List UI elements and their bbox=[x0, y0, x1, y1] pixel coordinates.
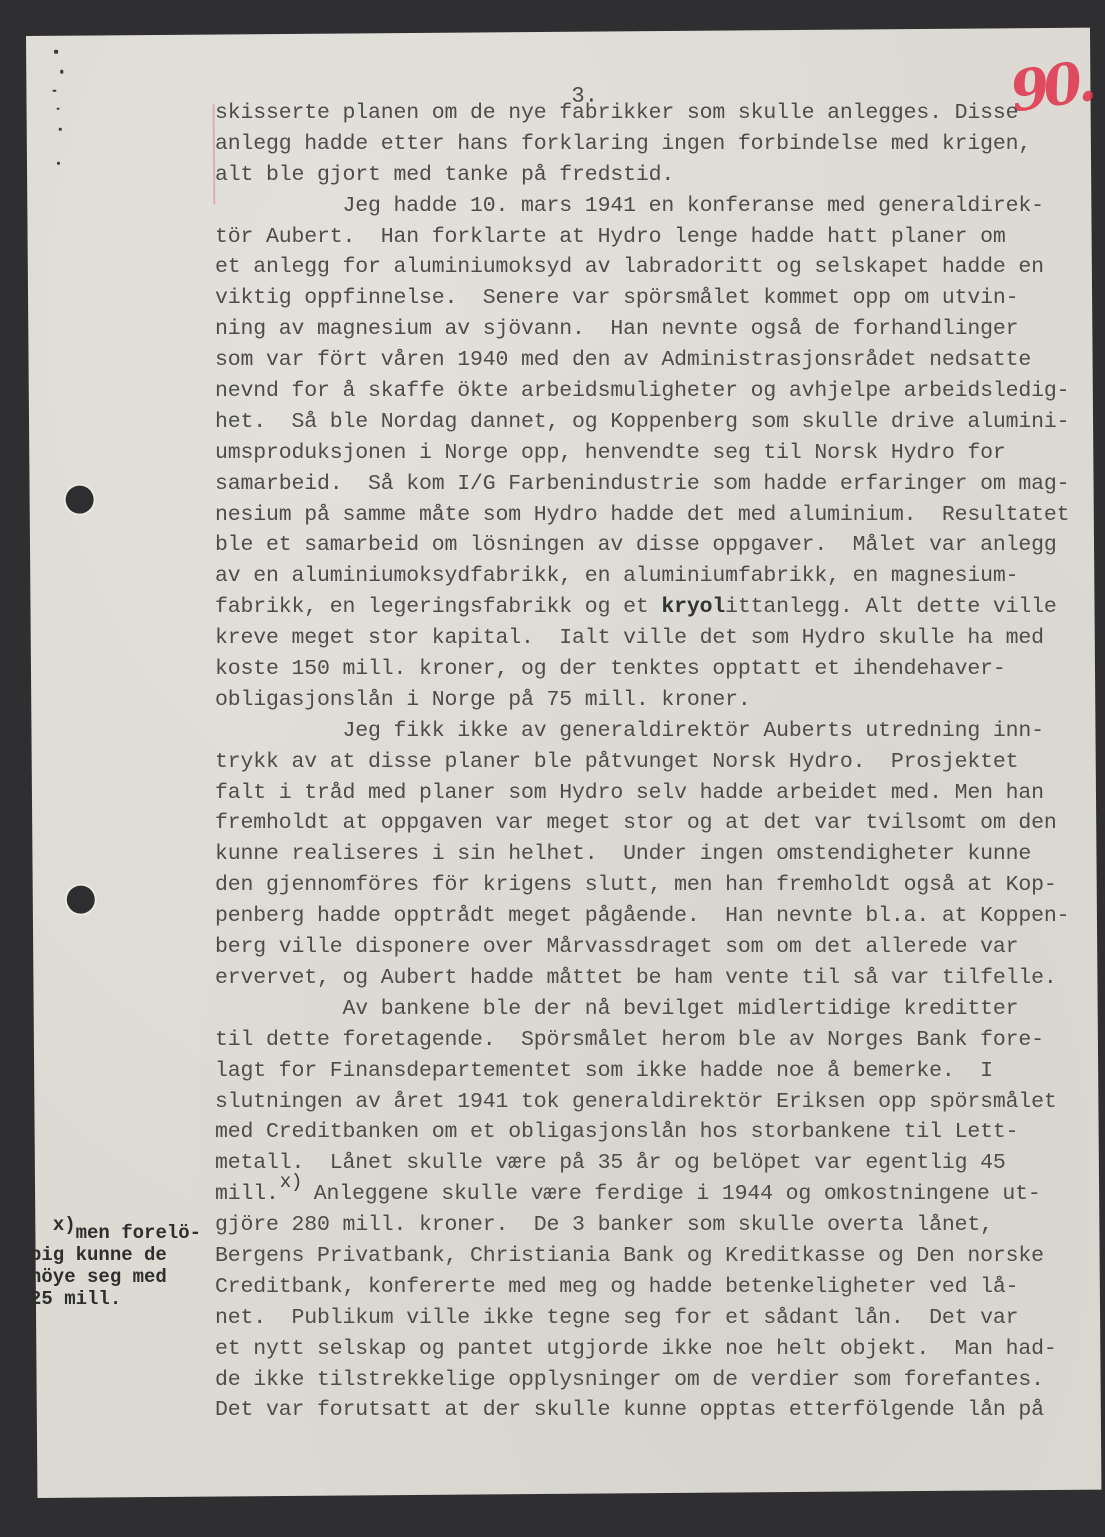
margin-footnote: x)men forelö- pig kunne de nöye seg med … bbox=[30, 1200, 201, 1310]
text-line: nevnd for å skaffe ökte arbeidsmulighete… bbox=[215, 376, 1075, 407]
edge-mark bbox=[54, 50, 58, 54]
text-line: umsproduksjonen i Norge opp, henvendte s… bbox=[215, 438, 1075, 469]
text-line: av en aluminiumoksydfabrikk, en aluminiu… bbox=[215, 561, 1075, 592]
text-line: ble et samarbeid om lösningen av disse o… bbox=[215, 530, 1075, 561]
footnote-line: pig kunne de bbox=[30, 1244, 167, 1266]
footnote-line: nöye seg med bbox=[30, 1266, 167, 1288]
edge-mark bbox=[59, 128, 62, 131]
text-line: kunne realiseres i sin helhet. Under ing… bbox=[215, 839, 1075, 870]
edge-mark bbox=[60, 70, 63, 74]
text-line: ervervet, og Aubert hadde måttet be ham … bbox=[215, 963, 1075, 994]
footnote-line: 25 mill. bbox=[30, 1288, 121, 1310]
text-line: het. Så ble Nordag dannet, og Koppenberg… bbox=[215, 407, 1075, 438]
text-line: fabrikk, en legeringsfabrikk og et kryol… bbox=[215, 592, 1075, 623]
text-line: Av bankene ble der nå bevilget midlertid… bbox=[215, 994, 1075, 1025]
text-line: lagt for Finansdepartementet som ikke ha… bbox=[215, 1056, 1075, 1087]
text-line: viktig oppfinnelse. Senere var spörsmåle… bbox=[215, 283, 1075, 314]
text-segment: mill. bbox=[215, 1182, 279, 1206]
text-line: den gjennomföres för krigens slutt, men … bbox=[215, 870, 1075, 901]
text-line: anlegg hadde etter hans forklaring ingen… bbox=[215, 129, 1075, 160]
text-line: mill.x) Anleggene skulle være ferdige i … bbox=[215, 1179, 1075, 1210]
footnote-line: men forelö- bbox=[76, 1222, 201, 1244]
edge-mark bbox=[57, 162, 60, 165]
text-line: Creditbank, konfererte med meg og hadde … bbox=[215, 1272, 1075, 1303]
text-line: som var fört våren 1940 med den av Admin… bbox=[215, 345, 1075, 376]
text-line: ning av magnesium av sjövann. Han nevnte… bbox=[215, 314, 1075, 345]
text-line: til dette foretagende. Spörsmålet herom … bbox=[215, 1025, 1075, 1056]
text-line: skisserte planen om de nye fabrikker som… bbox=[215, 98, 1075, 129]
text-line: samarbeid. Så kom I/G Farbenindustrie so… bbox=[215, 469, 1075, 500]
text-line: kreve meget stor kapital. Ialt ville det… bbox=[215, 623, 1075, 654]
text-line: et nytt selskap og pantet utgjorde ikke … bbox=[215, 1334, 1075, 1365]
text-line: Bergens Privatbank, Christiania Bank og … bbox=[215, 1241, 1075, 1272]
footnote-marker: x) bbox=[53, 1214, 76, 1236]
text-segment: Anleggene skulle være ferdige i 1944 og … bbox=[288, 1182, 1040, 1206]
footnote-reference: x) bbox=[280, 1171, 303, 1193]
text-line: penberg hadde opptrådt meget pågående. H… bbox=[215, 901, 1075, 932]
text-line: Jeg hadde 10. mars 1941 en konferanse me… bbox=[215, 191, 1075, 222]
text-line: fremholdt at oppgaven var meget stor og … bbox=[215, 808, 1075, 839]
text-line: koste 150 mill. kroner, og der tenktes o… bbox=[215, 654, 1075, 685]
text-line: Jeg fikk ikke av generaldirektör Auberts… bbox=[215, 716, 1075, 747]
text-line: metall. Lånet skulle være på 35 år og be… bbox=[215, 1148, 1075, 1179]
text-segment: fabrikk, en legeringsfabrikk og et bbox=[215, 595, 661, 619]
overtyped-bold-text: kryol bbox=[661, 595, 725, 619]
text-line: et anlegg for aluminiumoksyd av labrador… bbox=[215, 252, 1075, 283]
text-line: Det var forutsatt at der skulle kunne op… bbox=[215, 1395, 1075, 1426]
text-line: trykk av at disse planer ble påtvunget N… bbox=[215, 747, 1075, 778]
text-line: falt i tråd med planer som Hydro selv ha… bbox=[215, 778, 1075, 809]
text-line: obligasjonslån i Norge på 75 mill. krone… bbox=[215, 685, 1075, 716]
edge-mark bbox=[52, 90, 56, 92]
edge-mark bbox=[57, 108, 60, 110]
text-line: slutningen av året 1941 tok generaldirek… bbox=[215, 1087, 1075, 1118]
text-line: nesium på samme måte som Hydro hadde det… bbox=[215, 500, 1075, 531]
typewritten-body: skisserte planen om de nye fabrikker som… bbox=[215, 98, 1075, 1426]
text-line: alt ble gjort med tanke på fredstid. bbox=[215, 160, 1075, 191]
text-line: net. Publikum ville ikke tegne seg for e… bbox=[215, 1303, 1075, 1334]
text-line: de ikke tilstrekkelige opplysninger om d… bbox=[215, 1365, 1075, 1396]
text-line: tör Aubert. Han forklarte at Hydro lenge… bbox=[215, 222, 1075, 253]
text-segment: ittanlegg. Alt dette ville bbox=[725, 595, 1057, 619]
text-line: gjöre 280 mill. kroner. De 3 banker som … bbox=[215, 1210, 1075, 1241]
text-line: berg ville disponere over Mårvassdraget … bbox=[215, 932, 1075, 963]
text-line: med Creditbanken om et obligasjonslån ho… bbox=[215, 1117, 1075, 1148]
punch-hole-lower bbox=[67, 885, 95, 913]
punch-hole-upper bbox=[66, 485, 94, 513]
